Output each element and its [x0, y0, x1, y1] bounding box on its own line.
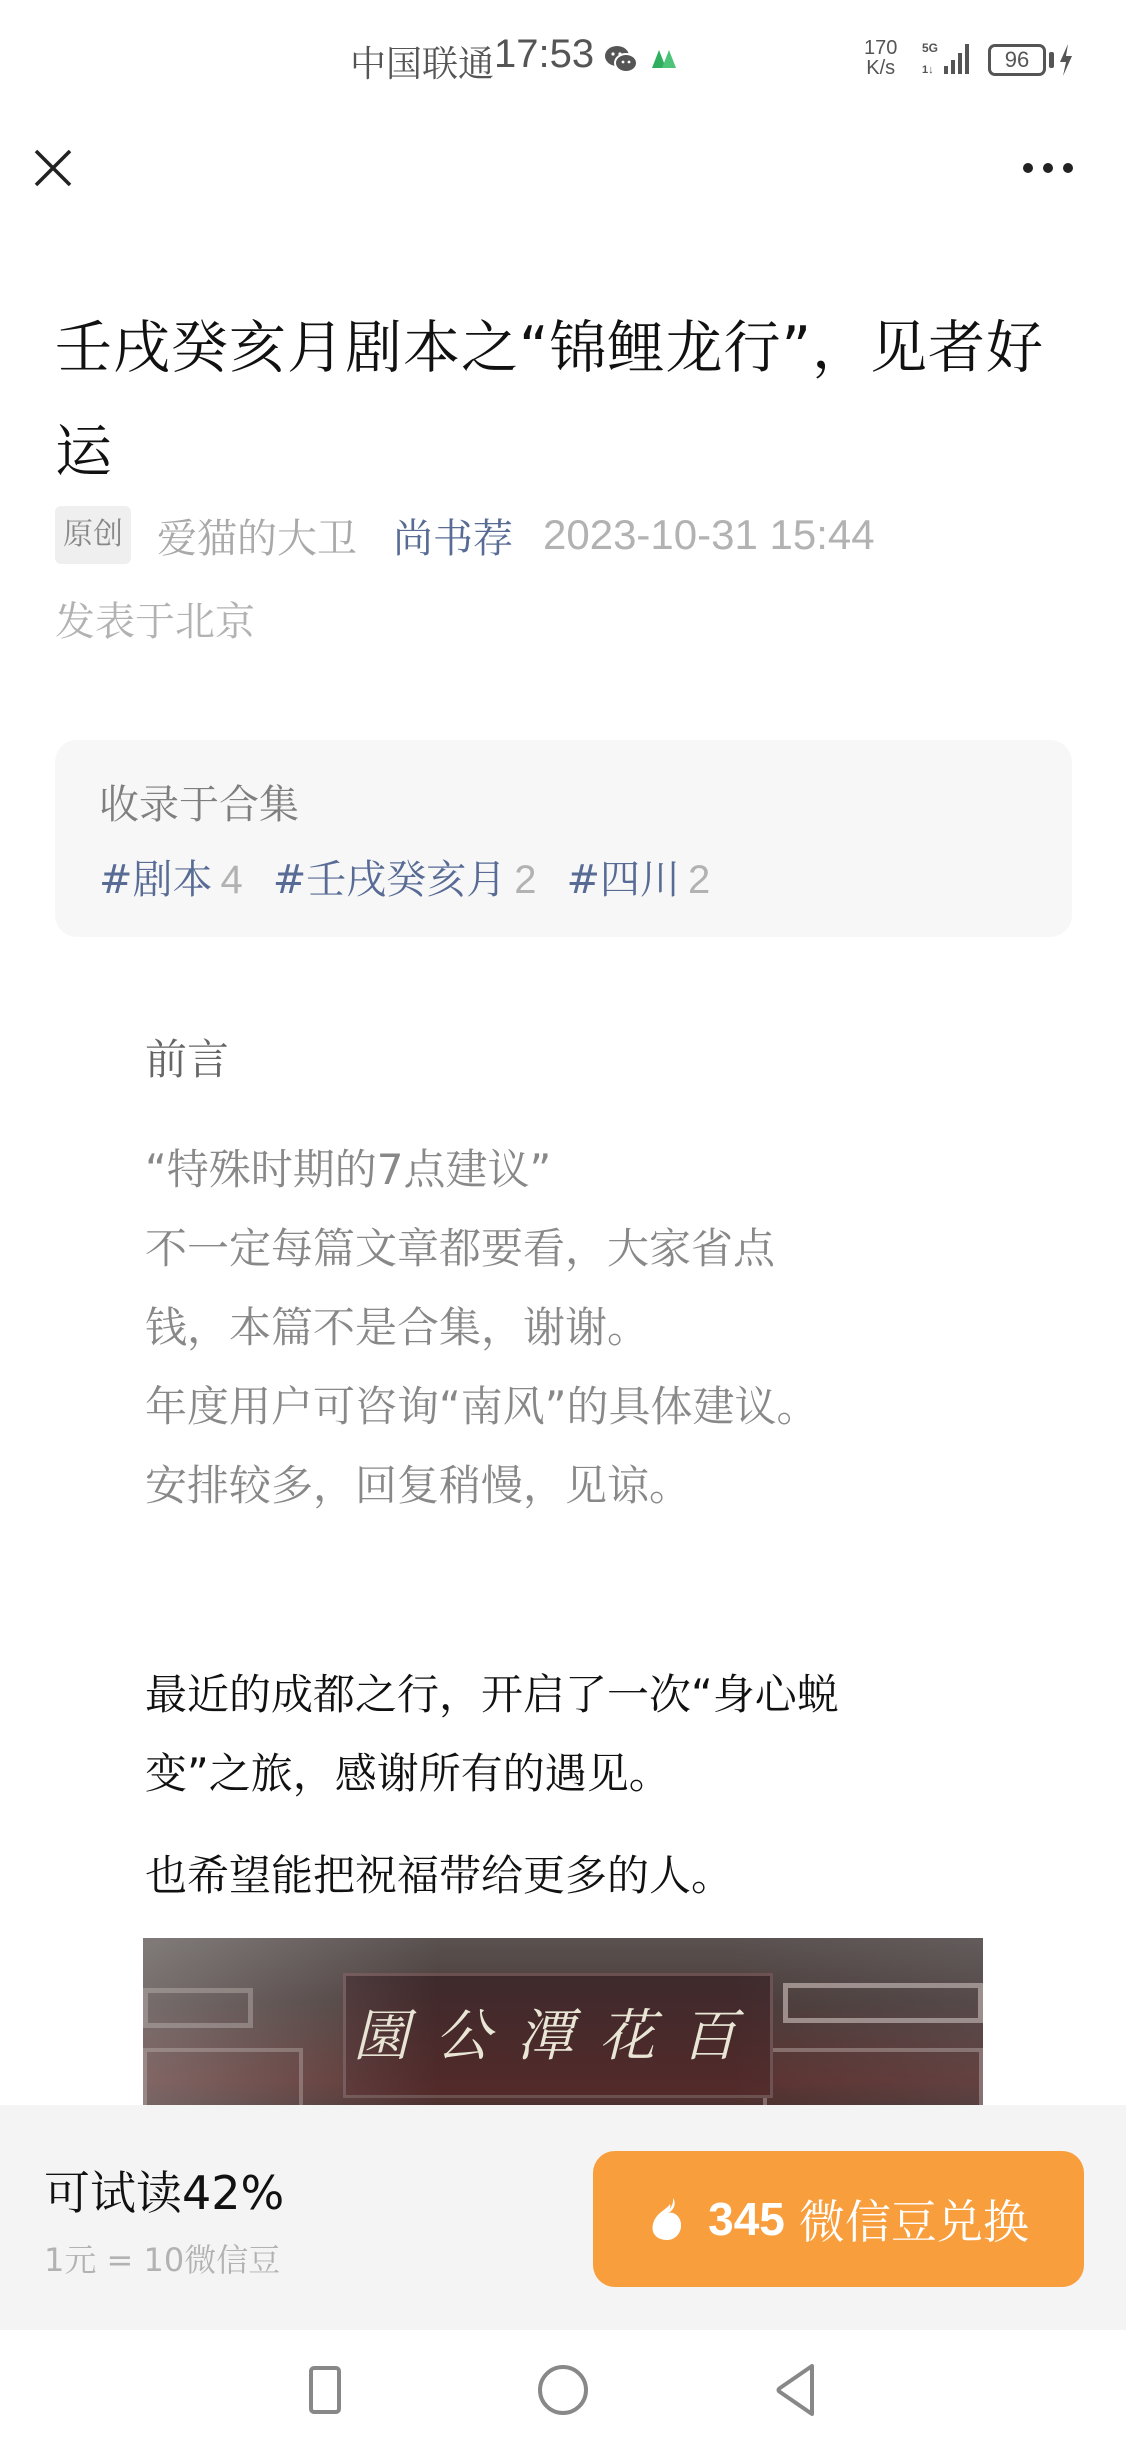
publish-location: 发表于北京 [55, 590, 255, 647]
tag-name: #剧本 [99, 857, 213, 903]
collection-tag[interactable]: #剧本4 [99, 848, 243, 905]
close-button[interactable] [28, 143, 78, 193]
preface-line: 钱，本篇不是合集，谢谢。 [145, 1288, 1005, 1367]
collection-label: 收录于合集 [99, 773, 299, 830]
home-icon [533, 2362, 593, 2418]
back-button[interactable] [768, 2362, 828, 2418]
status-bar: 中国联通 17:53 170 K/s 5G 1↓ 96 [0, 0, 1126, 110]
battery-tip [1049, 52, 1054, 68]
network-speed: 170 K/s [864, 38, 897, 78]
more-button[interactable] [1020, 150, 1076, 186]
preface-line: 年度用户可咨询“南风”的具体建议。 [145, 1367, 1005, 1446]
bean-amount: 345 [708, 2192, 785, 2246]
collection-card: 收录于合集 #剧本4 #壬戌癸亥月2 #四川2 [55, 740, 1072, 937]
preface-text: “特殊时期的7点建议” 不一定每篇文章都要看，大家省点 钱，本篇不是合集，谢谢。… [145, 1130, 1005, 1525]
original-badge: 原创 [55, 506, 131, 564]
preface-line: 不一定每篇文章都要看，大家省点 [145, 1209, 1005, 1288]
wechat-bean-icon [648, 2196, 686, 2242]
preface-heading: 前言 [145, 1030, 1005, 1090]
more-icon [1020, 150, 1076, 186]
paragraph-line: 也希望能把祝福带给更多的人。 [145, 1836, 1005, 1915]
svg-text:5G: 5G [922, 41, 938, 55]
account-link[interactable]: 尚书荐 [393, 507, 513, 564]
battery-icon: 96 [988, 44, 1046, 76]
charging-icon [1058, 44, 1074, 76]
paragraph-line: 最近的成都之行，开启了一次“身心蜕 [145, 1655, 1005, 1734]
tag-count: 2 [514, 858, 536, 902]
redeem-button[interactable]: 345 微信豆兑换 [593, 2151, 1084, 2287]
svg-text:1↓: 1↓ [922, 64, 934, 76]
collection-tag[interactable]: #壬戌癸亥月2 [273, 848, 537, 905]
tag-count: 2 [688, 858, 710, 902]
collection-tags: #剧本4 #壬戌癸亥月2 #四川2 [99, 848, 740, 905]
preface-line: “特殊时期的7点建议” [145, 1130, 1005, 1209]
app-notification-icon [652, 50, 680, 68]
redeem-label: 微信豆兑换 [799, 2186, 1029, 2252]
paragraph-line: 变”之旅，感谢所有的遇见。 [145, 1734, 1005, 1813]
back-icon [768, 2362, 828, 2418]
collection-tag[interactable]: #四川2 [567, 848, 711, 905]
body-paragraph: 最近的成都之行，开启了一次“身心蜕 变”之旅，感谢所有的遇见。 [145, 1655, 1005, 1813]
author-name: 爱猫的大卫 [157, 507, 357, 564]
signal-icon: 5G 1↓ [922, 40, 978, 76]
recents-button[interactable] [295, 2362, 355, 2418]
clock: 17:53 [494, 32, 594, 77]
wechat-icon [604, 44, 638, 74]
article-body: 前言 “特殊时期的7点建议” 不一定每篇文章都要看，大家省点 钱，本篇不是合集，… [145, 1030, 1005, 1525]
speed-unit: K/s [864, 58, 897, 78]
body-paragraph: 也希望能把祝福带给更多的人。 [145, 1836, 1005, 1915]
home-button[interactable] [533, 2362, 593, 2418]
recents-icon [295, 2362, 355, 2418]
system-navigation-bar [0, 2330, 1126, 2446]
tag-count: 4 [221, 858, 243, 902]
tag-name: #四川 [567, 857, 681, 903]
close-icon [28, 143, 78, 193]
preface-line: 安排较多，回复稍慢，见谅。 [145, 1446, 1005, 1525]
article-meta: 原创 爱猫的大卫 尚书荐 2023-10-31 15:44 [55, 505, 875, 565]
speed-value: 170 [864, 38, 897, 58]
purchase-bar: 可试读42% 1元 = 10微信豆 345 微信豆兑换 [0, 2105, 1126, 2330]
publish-date: 2023-10-31 15:44 [543, 511, 875, 559]
article-title: 壬戌癸亥月剧本之“锦鲤龙行”，见者好运 [55, 296, 1075, 504]
exchange-rate: 1元 = 10微信豆 [44, 2235, 280, 2281]
trial-read-label: 可试读42% [44, 2157, 284, 2223]
tag-name: #壬戌癸亥月 [273, 857, 507, 903]
carrier-name: 中国联通 [350, 36, 494, 87]
